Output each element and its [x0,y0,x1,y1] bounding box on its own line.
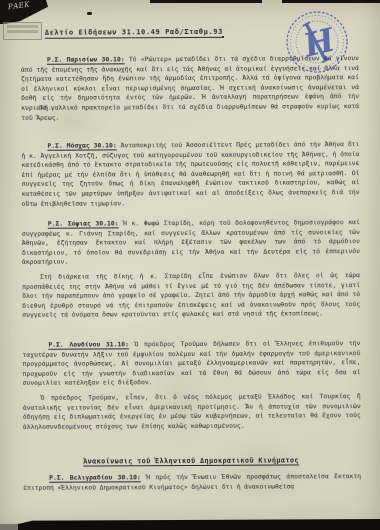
news-body-moscow: Ἀνταποκριτής τοῦ Ἀσσοσιέϊτεντ Πρές μεταδ… [21,140,359,207]
news-item-london: Ρ.Σ. Λονδίνου 31.10: Ὁ πρόεδρος Τρούμαν … [22,339,360,389]
news-body-london-2: Ὁ πρόεδρος Τρούμαν, εἶπεν, ὅτι ὁ νέος πό… [23,392,361,431]
news-lead-belgrade: Ρ.Σ. Βελιγραδίου 30.10: [49,473,141,481]
section-heading: Ἀνακοίνωσις τοῦ Ἑλληνικοῦ Δημοκρατικοῦ Κ… [1,456,380,466]
news-lead-moscow: Ρ.Σ. Μόσχας 30.10: [47,141,116,149]
news-body-paris-2: Τό γαλλικό πρακτορεῖο μεταδίδει ὅτι τά σ… [21,102,359,121]
news-lead-sofia: Ρ.Σ. Σόφιας 30.10: [48,219,119,227]
news-item-moscow: Ρ.Σ. Μόσχας 30.10: Ἀνταποκριτής τοῦ Ἀσσο… [21,140,359,209]
document-text-block: Δελτίο Εἰδήσεων 31.10.49 Ραδ/Σταθμ.93 Ρ.… [0,0,380,530]
news-item-paris-cont: Τό γαλλικό πρακτορεῖο μεταδίδει ὅτι τά σ… [21,102,359,123]
bulletin-title: Δελτίο Εἰδήσεων 31.10.49 Ραδ/Σταθμ.93 [45,28,223,39]
news-item-sofia: Ρ.Σ. Σόφιας 30.10: Ἡ κ. Φωφώ Σταρίδη, κό… [22,218,360,268]
news-item-sofia-cont: Στή διάρκεια τῆς δίκης ἡ κ. Σταρίδη εἶπε… [22,271,360,321]
news-body-sofia-2: Στή διάρκεια τῆς δίκης ἡ κ. Σταρίδη εἶπε… [22,271,360,319]
news-item-london-cont: Ὁ πρόεδρος Τρούμαν, εἶπεν, ὅτι ὁ νέος πό… [23,392,361,432]
news-lead-london: Ρ.Σ. Λονδίνου 31.10: [48,340,129,348]
scanned-document-page: ΡΑΕΚ Η Δελτίο Εἰδήσεων 31.10.49 Ραδ/Σταθ… [0,0,380,530]
news-item-belgrade: Ρ.Σ. Βελιγραδίου 30.10: Ἡ πρός τήν Ἕνωσι… [23,472,361,493]
news-lead-paris: Ρ.Σ. Παρισίων 30.10: [47,55,125,63]
